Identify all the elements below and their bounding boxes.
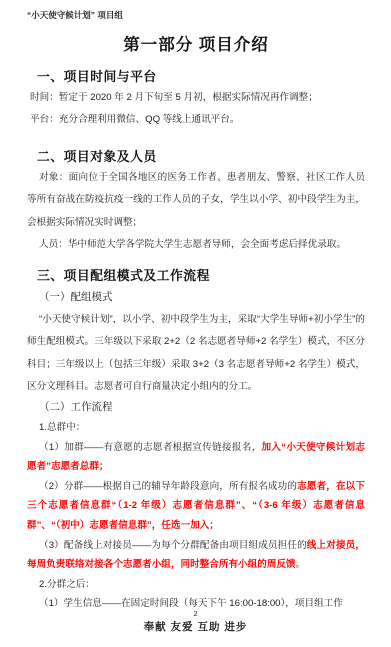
section-heading-time-platform: 一、项目时间与平台 xyxy=(27,67,365,87)
page-number: 2 xyxy=(0,609,391,618)
workflow-item-liaison: （3）配备线上对接员——为每个分群配备由项目组成员担任的线上对接员，每周负责联络… xyxy=(27,536,365,575)
workflow-step-after-group: 2.分群之后： xyxy=(27,575,365,595)
text-run-black-tail: 。 xyxy=(296,559,306,570)
section-heading-grouping-workflow: 三、项目配组模式及工作流程 xyxy=(27,266,365,286)
subheading-workflow: （二）工作流程 xyxy=(27,398,365,418)
subheading-grouping-mode: （一）配组模式 xyxy=(27,286,365,308)
text-run-black: （3）配备线上对接员——为每个分群配备由项目组成员担任的 xyxy=(39,540,307,551)
document-page: “小天使守候计划” 项目组 第一部分 项目介绍 一、项目时间与平台 时间：暂定于… xyxy=(0,0,391,647)
text-run-black: （2）分群——根据自己的辅导年龄段意向，所有报名成功的 xyxy=(39,481,297,492)
section-heading-target-staff: 二、项目对象及人员 xyxy=(27,147,365,167)
document-header: “小天使守候计划” 项目组 xyxy=(27,10,365,21)
paragraph-target: 对象：面向位于全国各地区的医务工作者、患者朋友、警察、社区工作人员等所有奋战在防… xyxy=(27,167,365,234)
page-title: 第一部分 项目介绍 xyxy=(27,34,365,56)
paragraph-platform: 平台：充分合理利用微信、QQ 等线上通讯平台。 xyxy=(27,109,365,131)
text-run-black: （1）加群——有意愿的志愿者根据宣传链接报名， xyxy=(39,442,262,453)
paragraph-time: 时间：暂定于 2020 年 2 月下旬至 5 月初，根据实际情况再作调整； xyxy=(27,87,365,109)
paragraph-staff: 人员：华中师范大学各学院大学生志愿者导师，会全面考虑后择优录取。 xyxy=(27,234,365,256)
workflow-item-split-group: （2）分群——根据自己的辅导年龄段意向，所有报名成功的志愿者，在以下三个志愿者信… xyxy=(27,477,365,536)
paragraph-grouping-mode: “小天使守候计划”，以小学、初中段学生为主，采取“大学生导师+初小学生”的师生配… xyxy=(27,309,365,399)
workflow-item-join-group: （1）加群——有意愿的志愿者根据宣传链接报名，加入“小天使守候计划志愿者”志愿者… xyxy=(27,438,365,477)
footer-motto: 奉献 友爱 互助 进步 xyxy=(0,619,391,634)
workflow-step-main-group: 1.总群中： xyxy=(27,418,365,438)
